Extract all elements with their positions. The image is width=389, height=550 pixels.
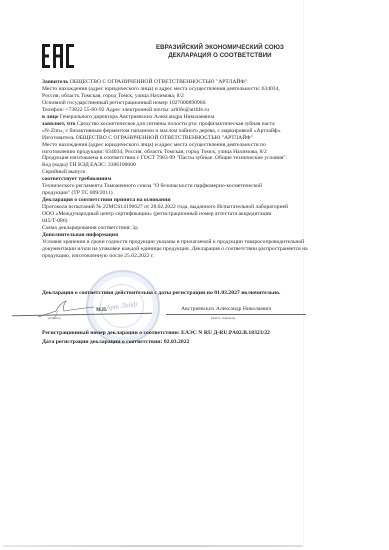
- registration-date: 02.03.2022: [162, 339, 189, 345]
- basis-line-3: 045/Т-086): [42, 218, 297, 225]
- registration-date-line: Дата регистрации декларации о соответств…: [42, 338, 270, 347]
- additional-info-label: Дополнительная информация: [42, 232, 297, 239]
- applicant-address-1: Место нахождения (адрес юридического лиц…: [42, 86, 297, 93]
- manufacturer: Изготовитель ОБЩЕСТВО С ОГРАНИЧЕННОЙ ОТВ…: [42, 135, 297, 142]
- signer-name: Австриевских Александр Николаевич: [181, 306, 271, 312]
- signature-row: (подпись) М.П. Австриевских Александр Ни…: [6, 303, 306, 323]
- signer-name-line: [166, 314, 306, 315]
- eac-logo-icon: [42, 44, 76, 68]
- declaration-body: Заявитель ОБЩЕСТВО С ОГРАНИЧЕННОЙ ОТВЕТС…: [42, 79, 297, 260]
- document-page: ЕВРАЗИЙСКИЙ ЭКОНОМИЧЕСКИЙ СОЮЗ ДЕКЛАРАЦИ…: [0, 0, 304, 545]
- manufacturer-address-1: Место нахождения (адрес юридического лиц…: [42, 142, 297, 149]
- header-title-declaration: ДЕКЛАРАЦИЯ О СООТВЕТСТВИИ: [140, 52, 300, 60]
- basis-line-2: ООО «Международный центр сертификации» (…: [42, 211, 297, 218]
- applicant-person: в лице Генерального директора Австриевск…: [42, 114, 297, 121]
- registration-number: ЕАЭС N RU Д-RU.PA02.B.18323/22: [180, 330, 270, 336]
- applicant-ogrn: Основной государственный регистрационный…: [42, 100, 297, 107]
- applicant-contacts: Телефон: +73822 55-60-92 Адрес электронн…: [42, 107, 297, 114]
- validity-statement: Декларация о соответствии действительна …: [42, 290, 280, 296]
- signature-caption: (подпись): [48, 316, 60, 320]
- conformity-line-2: продукции" (ТР ТС 009/2011): [42, 190, 297, 197]
- document-header: ЕВРАЗИЙСКИЙ ЭКОНОМИЧЕСКИЙ СОЮЗ ДЕКЛАРАЦИ…: [140, 44, 300, 60]
- signature-scrawl-icon: [36, 297, 96, 321]
- applicant-line: Заявитель ОБЩЕСТВО С ОГРАНИЧЕННОЙ ОТВЕТС…: [42, 79, 297, 86]
- additional-info-line-3: продукцию, изготовленную после 25.02.202…: [42, 253, 297, 260]
- header-title-union: ЕВРАЗИЙСКИЙ ЭКОНОМИЧЕСКИЙ СОЮЗ: [140, 44, 300, 52]
- signer-caption: (Ф.И.О. заявителя): [211, 316, 235, 320]
- applicant-address-2: Россия, область Томская, город Томск, ул…: [42, 93, 297, 100]
- declaration-scheme: Схема декларирования соответствия: 3д: [42, 225, 297, 232]
- declares-line-2: «N-Zim», с биоактивным ферментом папаино…: [42, 128, 297, 135]
- page-bottom-edge: [3, 545, 303, 547]
- additional-info-line-2: документации и/или на упаковке каждой ед…: [42, 246, 297, 253]
- stamp-place-label: М.П.: [96, 308, 107, 313]
- registration-number-line: Регистрационный номер декларации о соотв…: [42, 329, 270, 338]
- registration-block: Регистрационный номер декларации о соотв…: [42, 329, 270, 347]
- declares-line-1: заявляет, что Средство косметическое для…: [42, 121, 297, 128]
- additional-info-line-1: Условия хранения и сроки годности продук…: [42, 239, 297, 246]
